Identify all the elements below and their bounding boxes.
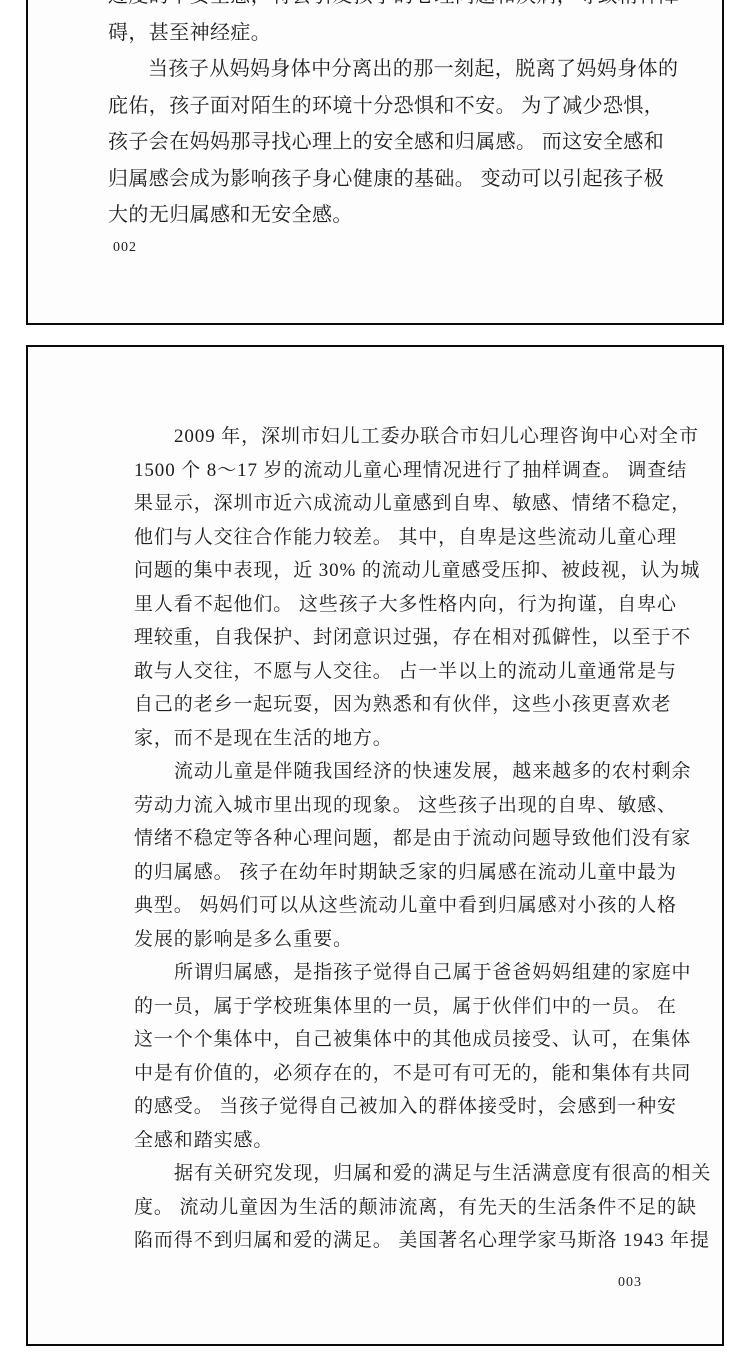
text-line: 理较重，自我保护、封闭意识过强，存在相对孤僻性，以至于不 xyxy=(134,621,666,655)
text-line: 流动儿童是伴随我国经济的快速发展，越来越多的农村剩余 xyxy=(134,755,666,789)
page-002-text-block: 过度的不安全感，将会引发孩子的心理问题和疾病，导致精神障碍，甚至神经症。当孩子从… xyxy=(108,0,662,234)
scanned-book-spread: { "document": { "pages": [ { "page_numbe… xyxy=(0,0,738,1361)
text-line: 敢与人交往，不愿与人交往。 占一半以上的流动儿童通常是与 xyxy=(134,655,666,689)
text-line: 度。 流动儿童因为生活的颠沛流离，有先天的生活条件不足的缺 xyxy=(134,1191,666,1225)
page-number-003: 003 xyxy=(618,1275,642,1291)
text-line: 这一个个集体中，自己被集体中的其他成员接受、认可，在集体 xyxy=(134,1023,666,1057)
text-line: 的一员，属于学校班集体里的一员，属于伙伴们中的一员。 在 xyxy=(134,990,666,1024)
page-number-002: 002 xyxy=(113,240,137,256)
text-line: 的归属感。 孩子在幼年时期缺乏家的归属感在流动儿童中最为 xyxy=(134,856,666,890)
text-line: 庇佑，孩子面对陌生的环境十分恐惧和不安。 为了减少恐惧， xyxy=(108,88,662,125)
text-line: 所谓归属感，是指孩子觉得自己属于爸爸妈妈组建的家庭中 xyxy=(134,956,666,990)
text-line: 碍，甚至神经症。 xyxy=(108,15,662,52)
text-line: 归属感会成为影响孩子身心健康的基础。 变动可以引起孩子极 xyxy=(108,161,662,198)
text-line: 他们与人交往合作能力较差。 其中，自卑是这些流动儿童心理 xyxy=(134,521,666,555)
text-line: 孩子会在妈妈那寻找心理上的安全感和归属感。 而这安全感和 xyxy=(108,124,662,161)
text-line: 发展的影响是多么重要。 xyxy=(134,923,666,957)
text-line: 自己的老乡一起玩耍，因为熟悉和有伙伴，这些小孩更喜欢老 xyxy=(134,688,666,722)
text-line: 当孩子从妈妈身体中分离出的那一刻起，脱离了妈妈身体的 xyxy=(108,51,662,88)
text-line: 过度的不安全感，将会引发孩子的心理问题和疾病，导致精神障 xyxy=(108,0,662,15)
text-line: 据有关研究发现，归属和爱的满足与生活满意度有很高的相关 xyxy=(134,1157,666,1191)
text-line: 的感受。 当孩子觉得自己被加入的群体接受时，会感到一种安 xyxy=(134,1090,666,1124)
text-line: 全感和踏实感。 xyxy=(134,1124,666,1158)
text-line: 1500 个 8～17 岁的流动儿童心理情况进行了抽样调查。 调查结 xyxy=(134,454,666,488)
book-page-003: 2009 年，深圳市妇儿工委办联合市妇儿心理咨询中心对全市1500 个 8～17… xyxy=(26,345,724,1346)
text-line: 情绪不稳定等各种心理问题，都是由于流动问题导致他们没有家 xyxy=(134,822,666,856)
text-line: 果显示，深圳市近六成流动儿童感到自卑、敏感、情绪不稳定， xyxy=(134,487,666,521)
book-page-002: 过度的不安全感，将会引发孩子的心理问题和疾病，导致精神障碍，甚至神经症。当孩子从… xyxy=(26,0,724,325)
text-line: 大的无归属感和无安全感。 xyxy=(108,197,662,234)
text-line: 家，而不是现在生活的地方。 xyxy=(134,722,666,756)
text-line: 中是有价值的，必须存在的，不是可有可无的，能和集体有共同 xyxy=(134,1057,666,1091)
text-line: 里人看不起他们。 这些孩子大多性格内向，行为拘谨，自卑心 xyxy=(134,588,666,622)
text-line: 典型。 妈妈们可以从这些流动儿童中看到归属感对小孩的人格 xyxy=(134,889,666,923)
text-line: 劳动力流入城市里出现的现象。 这些孩子出现的自卑、敏感、 xyxy=(134,789,666,823)
page-003-text-block: 2009 年，深圳市妇儿工委办联合市妇儿心理咨询中心对全市1500 个 8～17… xyxy=(134,420,666,1258)
text-line: 问题的集中表现，近 30% 的流动儿童感受压抑、被歧视，认为城 xyxy=(134,554,666,588)
text-line: 2009 年，深圳市妇儿工委办联合市妇儿心理咨询中心对全市 xyxy=(134,420,666,454)
text-line: 陷而得不到归属和爱的满足。 美国著名心理学家马斯洛 1943 年提 xyxy=(134,1224,666,1258)
